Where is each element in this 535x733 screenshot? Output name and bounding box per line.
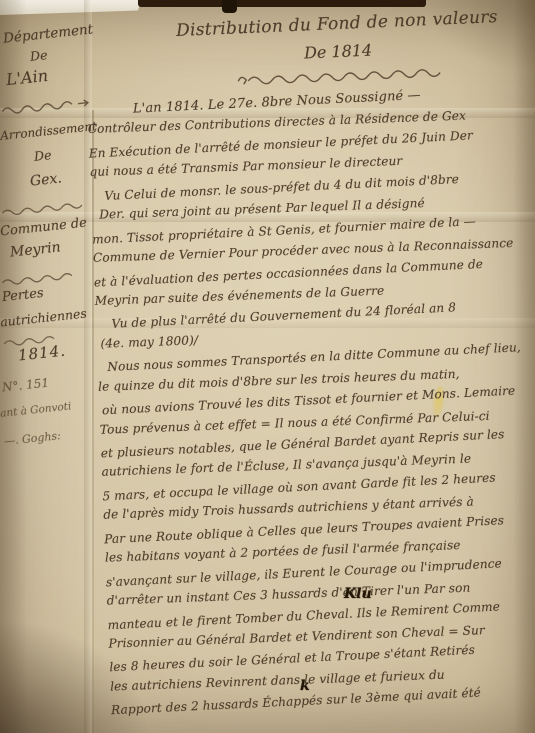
margin-number: N°. 151 xyxy=(1,376,49,395)
margin-district-name: Gex. xyxy=(29,170,62,189)
manuscript-body: L'an 1814. Le 27e. 8bre Nous Soussigné —… xyxy=(87,85,535,724)
margin-year: 1814. xyxy=(17,342,67,365)
margin-department-label: Département xyxy=(2,21,93,46)
margin-district-de: De xyxy=(33,147,52,164)
document-title: Distribution du Fond de non valeurs De 1… xyxy=(147,6,530,93)
ink-blot: k xyxy=(300,678,310,694)
margin-department-name: L'Ain xyxy=(5,66,49,89)
margin-department-de: De xyxy=(29,47,48,64)
margin-district-label: Arrondissement xyxy=(0,119,98,143)
manuscript-photo: Distribution du Fond de non valeurs De 1… xyxy=(0,0,535,733)
table-edge xyxy=(138,0,426,7)
background-sheet xyxy=(0,0,142,15)
margin-faint-note: —. Goghs: xyxy=(3,429,61,448)
ink-blot: Klu xyxy=(344,586,372,602)
table-edge-knob xyxy=(222,0,237,13)
margin-commune-name: Meyrin xyxy=(9,239,61,260)
margin-faint-note: ant à Gonvoti xyxy=(0,400,72,419)
margin-losses-line1: Pertes xyxy=(1,286,44,305)
